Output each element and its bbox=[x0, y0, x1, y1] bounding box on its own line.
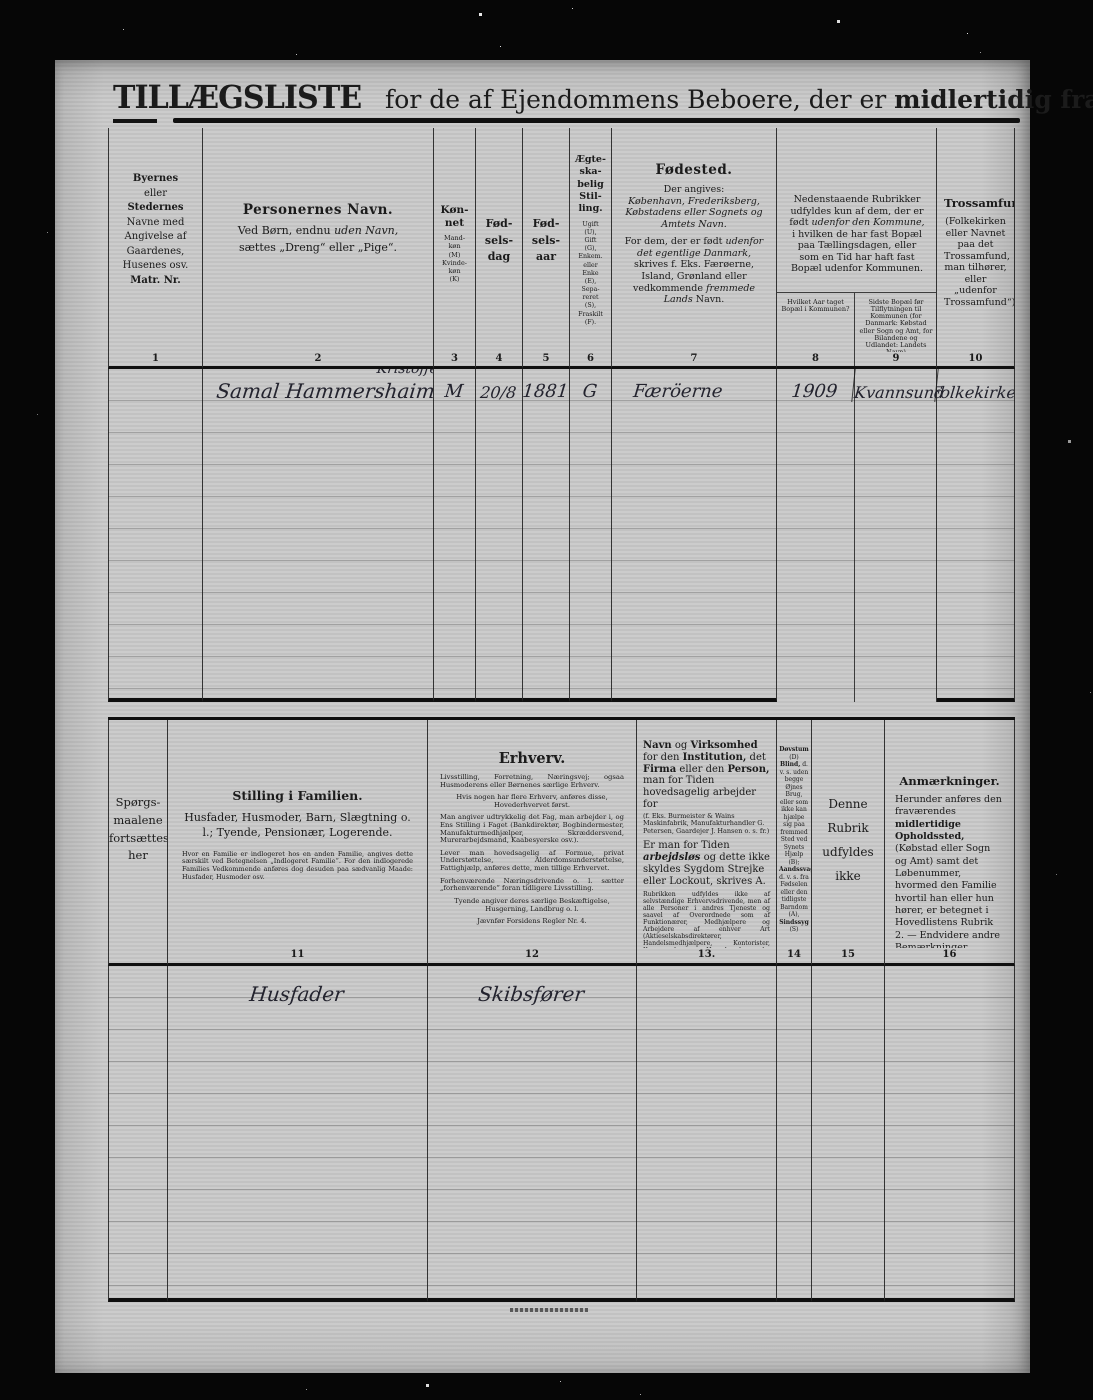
col13-run: det bbox=[746, 752, 766, 763]
cell-unused bbox=[812, 966, 885, 1302]
handwritten-marital: G bbox=[570, 369, 612, 402]
col12-paragraph: Forhenværende Næringsdrivende o. l. sætt… bbox=[440, 878, 624, 893]
col11-title: Stilling i Familien. bbox=[182, 788, 413, 803]
cell-disability bbox=[777, 966, 812, 1302]
col7-p2: For dem, der er født udenfor det egentli… bbox=[620, 236, 768, 305]
handwritten-occupation: Skibsfører bbox=[428, 966, 637, 1006]
col13-run: for den bbox=[643, 752, 683, 763]
col10-number: 10 bbox=[937, 352, 1015, 369]
col1-line: Gaardenes, bbox=[127, 246, 185, 257]
col12-paragraph: Jævnfør Forsidens Regler Nr. 4. bbox=[440, 918, 624, 926]
label-col-number bbox=[108, 948, 168, 966]
col13-run: Er man for Tiden bbox=[643, 840, 730, 851]
col8-9-header-group: Nedenstaaende Rubrikker udfyldes kun af … bbox=[777, 128, 937, 352]
col7-title: Fødested. bbox=[620, 162, 768, 178]
col10-subtitle: (Folkekirken eller Navnet paa det Trossa… bbox=[944, 216, 1007, 309]
col16-run: Herunder anføres den fraværendes bbox=[895, 794, 1002, 817]
col11-header: Stilling i Familien. Husfader, Husmoder,… bbox=[168, 720, 428, 948]
col15-number: 15 bbox=[812, 948, 885, 966]
col14-run-bold: Aandssvag bbox=[779, 866, 812, 873]
col89-run: i hvilken de har fast Bopæl paa Tællings… bbox=[791, 229, 923, 275]
col2-header: Personernes Navn. Ved Børn, endnu uden N… bbox=[203, 128, 434, 352]
col14-run: (S) bbox=[790, 926, 799, 933]
title-rule-dash bbox=[113, 119, 157, 123]
col16-run: (Købstad eller Sogn og Amt) samt det Løb… bbox=[895, 843, 1000, 948]
col13-run: og bbox=[672, 740, 691, 751]
col1-header: Byernes eller Stedernes Navne med Angive… bbox=[108, 128, 203, 352]
page-title-rest: for de af Ejendommens Beboere, der er bbox=[377, 85, 894, 114]
handwritten-sex: M bbox=[434, 369, 476, 402]
name-main: Samal Hammershaimb bbox=[215, 379, 434, 403]
col7-p1: Der angives: København, Frederiksberg, K… bbox=[620, 184, 768, 230]
table-absent-residents-continued: Spørgs- maalene fortsættes her Stilling … bbox=[108, 717, 1015, 1302]
col6-title: Ægte- ska- belig Stil- ling. bbox=[570, 154, 611, 216]
col6-header: Ægte- ska- belig Stil- ling. Ugift (U), … bbox=[570, 128, 612, 352]
col6-subtitle: Ugift (U), Gift (G), Enkem. eller Enke (… bbox=[570, 221, 611, 327]
col13-run: man for Tiden hovedsagelig arbejder for bbox=[643, 775, 756, 810]
col14-run-bold: Blind, bbox=[780, 761, 800, 768]
col1-line: Husenes osv. bbox=[123, 260, 189, 271]
handwritten-birthday: 20/8 bbox=[476, 369, 523, 402]
col9-subheader: Sidste Bopæl før Tilflytningen til Kommu… bbox=[855, 293, 937, 352]
col12-paragraph: Livsstilling, Forretning, Næringsvej; og… bbox=[440, 774, 624, 789]
col9-number: 9 bbox=[855, 352, 937, 366]
col1-number: 1 bbox=[108, 352, 203, 369]
col8-9-subheaders: Hvilket Aar taget Bopæl i Kommunen? Sids… bbox=[777, 293, 937, 352]
col13-paren: (f. Eks. Burmeister & Wains Maskinfabrik… bbox=[643, 813, 770, 835]
col1-line: Navne med bbox=[127, 217, 185, 228]
col89-run-italic: udenfor den Kommune, bbox=[812, 217, 925, 228]
col13-run-italic: arbejdsløs bbox=[643, 852, 700, 863]
col13-main: Navn og Virksomhed for den Institution, … bbox=[643, 740, 770, 811]
col1-line: Angivelse af bbox=[125, 231, 187, 242]
col11-smallprint: Hvor en Familie er indlogeret hos en and… bbox=[182, 851, 413, 882]
page-title: TILLÆGSLISTE for de af Ejendommens Beboe… bbox=[113, 78, 1093, 116]
col14-run: d. v. s. fra Fødselen eller den tidligst… bbox=[779, 874, 809, 919]
page-title-main: TILLÆGSLISTE bbox=[113, 78, 361, 116]
cell-matrnr bbox=[108, 369, 203, 702]
col14-header: Døvstum (D) Blind, d. v. s. uden begge Ø… bbox=[777, 720, 812, 948]
col10-title: Trossamfund bbox=[944, 196, 1007, 210]
col4-header: Fød- sels- dag bbox=[476, 128, 523, 352]
col8-9-numbers: 8 9 bbox=[777, 352, 937, 369]
col13-run-bold: Virksomhed bbox=[690, 740, 757, 751]
col3-header: Køn- net Mand- køn (M) Kvinde- køn (K) bbox=[434, 128, 476, 352]
col12-title: Erhverv. bbox=[440, 750, 624, 767]
col16-header: Anmærkninger. Herunder anføres den fravæ… bbox=[885, 720, 1015, 948]
col7-number: 7 bbox=[612, 352, 777, 369]
col13-smallprint: Rubrikken udfyldes ikke af selvstændige … bbox=[643, 892, 770, 948]
col16-number: 16 bbox=[885, 948, 1015, 966]
col13-run-bold: Person, bbox=[728, 764, 770, 775]
col12-paragraph: Hvis nogen har flere Erhverv, anføres di… bbox=[440, 794, 624, 809]
col5-number: 5 bbox=[523, 352, 570, 369]
continuation-label: Spørgs- maalene fortsættes her bbox=[108, 720, 168, 948]
handwritten-birthyear: 1881 bbox=[523, 369, 570, 402]
col11-subtitle: Husfader, Husmoder, Barn, Slægtning o. l… bbox=[182, 811, 413, 841]
col13-p2: Er man for Tiden arbejdsløs og dette ikk… bbox=[643, 840, 770, 887]
name-superscript: Kristoffer bbox=[376, 369, 434, 377]
col3-subtitle: Mand- køn (M) Kvinde- køn (K) bbox=[434, 234, 475, 283]
col15-header: Denne Rubrik udfyldes ikke bbox=[812, 720, 885, 948]
col2-sub-run: Ved Børn, endnu bbox=[238, 224, 334, 237]
col7-run: For dem, der er født bbox=[625, 236, 726, 247]
col13-number: 13. bbox=[637, 948, 777, 966]
page-title-bold: midlertidig fraværende. bbox=[894, 85, 1093, 114]
col13-run-bold: Institution, bbox=[683, 752, 747, 763]
col12-paragraph: Man angiver udtrykkelig det Fag, man arb… bbox=[440, 814, 624, 844]
col12-number: 12 bbox=[428, 948, 637, 966]
col14-run: (D) bbox=[789, 754, 799, 761]
col3-number: 3 bbox=[434, 352, 476, 369]
cells-col8-9: 1909 Kvannsund bbox=[777, 369, 937, 702]
col7-run-italic: København, Frederiksberg, Købstadens ell… bbox=[625, 196, 762, 230]
col2-sub-run-italic: uden Navn, bbox=[334, 224, 398, 237]
col2-title: Personernes Navn. bbox=[203, 200, 433, 222]
col4-number: 4 bbox=[476, 352, 523, 369]
handwritten-last-residence: Kvannsund bbox=[853, 369, 938, 402]
col1-line: Matr. Nr. bbox=[130, 275, 180, 286]
col7-run: Der angives: bbox=[664, 184, 725, 195]
col13-run-bold: Firma bbox=[643, 764, 676, 775]
printer-imprint bbox=[510, 1308, 588, 1312]
handwritten-religion: Folkekirken bbox=[937, 369, 1015, 402]
col12-header: Erhverv. Livsstilling, Forretning, Nærin… bbox=[428, 720, 637, 948]
col6-number: 6 bbox=[570, 352, 612, 369]
col14-run-bold: Døvstum bbox=[779, 746, 809, 753]
dust-specks bbox=[0, 0, 1, 1]
scanned-census-page: TILLÆGSLISTE for de af Ejendommens Beboe… bbox=[0, 0, 1093, 1400]
col11-number: 11 bbox=[168, 948, 428, 966]
col2-number: 2 bbox=[203, 352, 434, 369]
handwritten-position: Husfader bbox=[168, 966, 428, 1006]
col16-run-bold: midlertidige Opholdssted, bbox=[895, 819, 965, 842]
col16-title: Anmærkninger. bbox=[895, 774, 1004, 788]
col2-subtitle: Ved Børn, endnu uden Navn, sættes „Dreng… bbox=[203, 222, 433, 257]
col1-line: Byernes bbox=[133, 173, 178, 184]
cell-remarks bbox=[885, 966, 1015, 1302]
col10-header: Trossamfund (Folkekirken eller Navnet pa… bbox=[937, 128, 1015, 352]
col14-number: 14 bbox=[777, 948, 812, 966]
col14-run: d. v. s. uden begge Øjnes Brug, eller so… bbox=[780, 761, 809, 866]
cell-name: Samal Hammershaimb Føe Kristoffer bbox=[203, 369, 434, 702]
col16-body: Herunder anføres den fraværendes midlert… bbox=[895, 794, 1004, 948]
col13-run-bold: Navn bbox=[643, 740, 672, 751]
table-absent-residents: Byernes eller Stedernes Navne med Angive… bbox=[108, 128, 1015, 702]
col2-sub-run: sættes „Dreng“ eller „Pige“. bbox=[239, 241, 397, 254]
handwritten-year-moved: 1909 bbox=[775, 369, 855, 402]
col8-number: 8 bbox=[777, 352, 855, 366]
col8-subheader: Hvilket Aar taget Bopæl i Kommunen? bbox=[777, 293, 855, 352]
col14-run-bold: Sindssyg bbox=[779, 919, 809, 926]
col13-header: Navn og Virksomhed for den Institution, … bbox=[637, 720, 777, 948]
col5-header: Fød- sels- aar bbox=[523, 128, 570, 352]
col1-line: eller bbox=[144, 188, 167, 199]
col7-header: Fødested. Der angives: København, Freder… bbox=[612, 128, 777, 352]
cell-label-body bbox=[108, 966, 168, 1302]
paper-sheet: TILLÆGSLISTE for de af Ejendommens Beboe… bbox=[55, 60, 1030, 1373]
handwritten-name: Samal Hammershaimb Føe Kristoffer bbox=[203, 369, 434, 403]
title-rule bbox=[173, 118, 1020, 123]
col1-line: Stedernes bbox=[127, 202, 183, 213]
col7-run: Navn. bbox=[693, 294, 725, 305]
col3-title: Køn- net bbox=[434, 204, 475, 230]
handwritten-birthplace: Færöerne bbox=[612, 369, 777, 402]
col8-9-merged-header: Nedenstaaende Rubrikker udfyldes kun af … bbox=[777, 128, 937, 293]
col13-run: eller den bbox=[676, 764, 727, 775]
col12-paragraph: Tyende angiver deres særlige Beskæftigel… bbox=[440, 898, 624, 913]
col12-paragraph: Lever man hovedsagelig af Formue, privat… bbox=[440, 850, 624, 873]
cell-employer bbox=[637, 966, 777, 1302]
